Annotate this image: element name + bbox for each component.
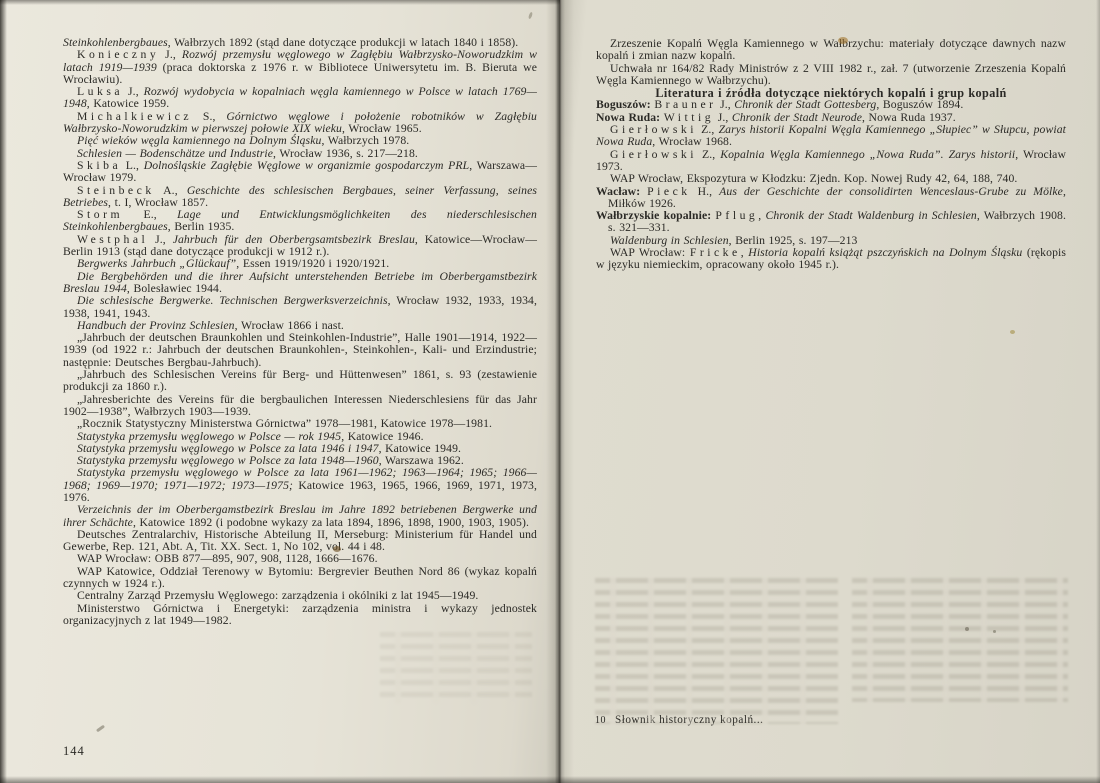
title-italic: Statystyka przemysłu węglowego w Polsce …: [77, 454, 379, 467]
bleed-through-ghost-text: [852, 578, 1068, 702]
title-italic: Statystyka przemysłu węglowego w Polsce …: [77, 442, 379, 455]
text-run: WAP Wrocław: OBB 877—895, 907, 908, 1128…: [77, 552, 378, 565]
title-italic: Jahrbuch für den Oberbergsamtsbezirk Bre…: [173, 233, 415, 246]
author-name: Pflug: [715, 209, 758, 222]
text-run: Deutsches Zentralarchiv, Historische Abt…: [63, 528, 537, 553]
keyword-bold: Wałbrzyskie kopalnie:: [596, 209, 715, 222]
title-italic: Historia kopalń książąt pszczyńskich na …: [748, 246, 1022, 259]
text-run: , Wrocław 1936, s. 217—218.: [273, 147, 418, 160]
text-run: , Katowice 1959.: [87, 97, 169, 110]
text-run: H.,: [691, 185, 719, 198]
bibliography-paragraph: Luksa J., Rozwój wydobycia w kopalniach …: [63, 86, 537, 111]
text-run: J.,: [148, 233, 172, 246]
page-number: 144: [63, 744, 85, 759]
text-run: , Katowice 1949.: [379, 442, 461, 455]
bibliography-paragraph: WAP Katowice, Oddział Terenowy w Bytomiu…: [63, 566, 537, 591]
signature-footer: 10Słownik historyczny kopalń...: [595, 714, 763, 726]
bibliography-paragraph: Skiba L., Dolnośląskie Zagłębie Węglowe …: [63, 160, 537, 185]
bibliography-paragraph: Verzeichnis der im Oberbergamstbezirk Br…: [63, 504, 537, 529]
text-run: S.,: [192, 110, 226, 123]
text-run: WAP Wrocław:: [610, 246, 690, 259]
author-name: Westphal: [77, 233, 148, 246]
bibliography-paragraph: Zrzeszenie Kopalń Węgla Kamiennego w Wał…: [596, 38, 1066, 63]
left-page: Steinkohlenbergbaues, Wałbrzych 1892 (st…: [0, 0, 557, 783]
title-italic: Waldenburg in Schlesien: [610, 234, 729, 247]
bibliography-paragraph: Steinbeck A., Geschichte des schlesische…: [63, 185, 537, 210]
bibliography-paragraph: „Jahresberichte des Vereins für die berg…: [63, 394, 537, 419]
bibliography-paragraph: Westphal J., Jahrbuch für den Oberbergsa…: [63, 234, 537, 259]
book-scan: Steinkohlenbergbaues, Wałbrzych 1892 (st…: [0, 0, 1100, 783]
text-run: „Jahrbuch der deutschen Braunkohlen und …: [63, 331, 537, 369]
text-run: Z.,: [697, 123, 719, 136]
title-italic: Chronik der Stadt Waldenburg in Schlesie…: [765, 209, 976, 222]
author-name: Pieck: [647, 185, 691, 198]
text-run: Ministerstwo Górnictwa i Energetyki: zar…: [63, 602, 537, 627]
text-run: „Jahresberichte des Vereins für die berg…: [63, 393, 537, 418]
bleed-through-ghost-text: [380, 632, 532, 704]
bibliography-paragraph: Gierłowski Z., Kopalnia Węgla Kamiennego…: [596, 149, 1066, 174]
title-italic: Kopalnia Węgla Kamiennego „Nowa Ruda”. Z…: [720, 148, 1015, 161]
text-run: , t. I, Wrocław 1857.: [108, 196, 208, 209]
text-run: L.,: [121, 159, 144, 172]
bibliography-paragraph: Uchwała nr 164/82 Rady Ministrów z 2 VII…: [596, 63, 1066, 88]
text-run: , Wrocław 1866 i nast.: [235, 319, 344, 332]
text-run: , Wrocław 1968.: [652, 135, 732, 148]
author-name: Storm: [77, 208, 123, 221]
title-italic: Steinkohlenbergbaues: [63, 36, 168, 49]
text-run: , Wałbrzych 1892 (stąd dane dotyczące pr…: [168, 36, 519, 49]
bibliography-paragraph: Deutsches Zentralarchiv, Historische Abt…: [63, 529, 537, 554]
text-run: Centralny Zarząd Przemysłu Węglowego: za…: [77, 589, 478, 602]
signature-title: Słownik historyczny kopalń...: [615, 714, 763, 726]
title-italic: Schlesien — Bodenschätze und Industrie: [77, 147, 273, 160]
text-run: WAP Katowice, Oddział Terenowy w Bytomiu…: [63, 565, 537, 590]
bibliography-paragraph: Michalkiewicz S., Górnictwo węglowe i po…: [63, 111, 537, 136]
author-name: Luksa: [77, 85, 123, 98]
text-run: , Katowice 1946.: [341, 430, 423, 443]
title-italic: Handbuch der Provinz Schlesien: [77, 319, 235, 332]
text-run: A.,: [155, 184, 187, 197]
title-italic: Pięć wieków węgla kamiennego na Dolnym Ś…: [77, 134, 321, 147]
text-run: , Katowice 1892 (i podobne wykazy za lat…: [133, 516, 529, 529]
text-run: E.,: [123, 208, 177, 221]
bibliography-paragraph: Die Bergbehörden und die ihrer Aufsicht …: [63, 271, 537, 296]
bibliography-paragraph: Konieczny J., Rozwój przemysłu węglowego…: [63, 49, 537, 86]
title-italic: Bergwerks Jahrbuch „Glückauf”: [77, 257, 236, 270]
right-intro-paragraphs: Zrzeszenie Kopalń Węgla Kamiennego w Wał…: [596, 38, 1066, 87]
bibliography-paragraph: „Jahrbuch des Schlesischen Vereins für B…: [63, 369, 537, 394]
keyword-bold: Wacław:: [596, 185, 647, 198]
text-run: , Essen 1919/1920 i 1920/1921.: [236, 257, 389, 270]
title-italic: Chronik der Stadt Gottesberg: [734, 98, 876, 111]
text-run: „Rocznik Statystyczny Ministerstwa Górni…: [77, 417, 492, 430]
text-run: Zrzeszenie Kopalń Węgla Kamiennego w Wał…: [596, 37, 1066, 62]
bibliography-paragraph: Die schlesische Bergwerke. Technischen B…: [63, 295, 537, 320]
author-name: Skiba: [77, 159, 121, 172]
author-name: Michalkiewicz: [77, 110, 192, 123]
left-page-text-column: Steinkohlenbergbaues, Wałbrzych 1892 (st…: [63, 37, 537, 627]
text-run: J.,: [123, 85, 144, 98]
author-name: Gierłowski: [610, 123, 697, 136]
keyword-bold: Nowa Ruda:: [596, 111, 664, 124]
bibliography-paragraph: Storm E., Lage und Entwicklungsmöglichke…: [63, 209, 537, 234]
author-name: Gierłowski: [610, 148, 697, 161]
author-name: Brauner: [654, 98, 716, 111]
text-run: , Berlin 1935.: [168, 220, 235, 233]
bibliography-paragraph: Ministerstwo Górnictwa i Energetyki: zar…: [63, 603, 537, 628]
text-run: J.,: [717, 98, 735, 111]
title-italic: Aus der Geschichte der consolidirten Wen…: [719, 185, 1063, 198]
bibliography-paragraph: Gierłowski Z., Zarys historii Kopalni Wę…: [596, 124, 1066, 149]
author-name: Wittig: [664, 111, 714, 124]
bleed-through-ghost-text: [595, 578, 838, 724]
text-run: „Jahrbuch des Schlesischen Vereins für B…: [63, 368, 537, 393]
title-italic: Dolnośląskie Zagłębie Węglowe w organizm…: [144, 159, 470, 172]
title-italic: Statystyka przemysłu węglowego w Polsce …: [77, 430, 341, 443]
title-italic: Chronik der Stadt Neurode: [732, 111, 862, 124]
text-run: , Wałbrzych 1978.: [321, 134, 409, 147]
author-name: Fricke: [690, 246, 741, 259]
bibliography-paragraph: Wałbrzyskie kopalnie: Pflug, Chronik der…: [596, 210, 1066, 235]
text-run: J.,: [159, 48, 182, 61]
text-run: , Nowa Ruda 1937.: [862, 111, 956, 124]
bibliography-paragraph: „Jahrbuch der deutschen Braunkohlen und …: [63, 332, 537, 369]
text-run: WAP Wrocław, Ekspozytura w Kłodzku: Zjed…: [610, 172, 1017, 185]
bibliography-paragraph: WAP Wrocław: Fricke, Historia kopalń ksi…: [596, 247, 1066, 272]
text-run: , Bolesławiec 1944.: [127, 282, 222, 295]
text-run: J.,: [714, 111, 732, 124]
bibliography-paragraph: Statystyka przemysłu węglowego w Polsce …: [63, 467, 537, 504]
keyword-bold: Boguszów:: [596, 98, 654, 111]
text-run: , Berlin 1925, s. 197—213: [729, 234, 858, 247]
text-run: , Boguszów 1894.: [876, 98, 963, 111]
author-name: Konieczny: [77, 48, 159, 61]
signature-number: 10: [595, 715, 606, 726]
text-run: , Warszawa 1962.: [379, 454, 464, 467]
text-run: Z.,: [697, 148, 720, 161]
bibliography-paragraph: Wacław: Pieck H., Aus der Geschichte der…: [596, 186, 1066, 211]
text-run: Uchwała nr 164/82 Rady Ministrów z 2 VII…: [596, 62, 1066, 87]
right-page: Zrzeszenie Kopalń Węgla Kamiennego w Wał…: [557, 0, 1100, 783]
title-italic: Die schlesische Bergwerke. Technischen B…: [77, 294, 388, 307]
right-entries-list: Boguszów: Brauner J., Chronik der Stadt …: [596, 99, 1066, 271]
right-page-text-column: Zrzeszenie Kopalń Węgla Kamiennego w Wał…: [596, 38, 1066, 272]
author-name: Steinbeck: [77, 184, 155, 197]
